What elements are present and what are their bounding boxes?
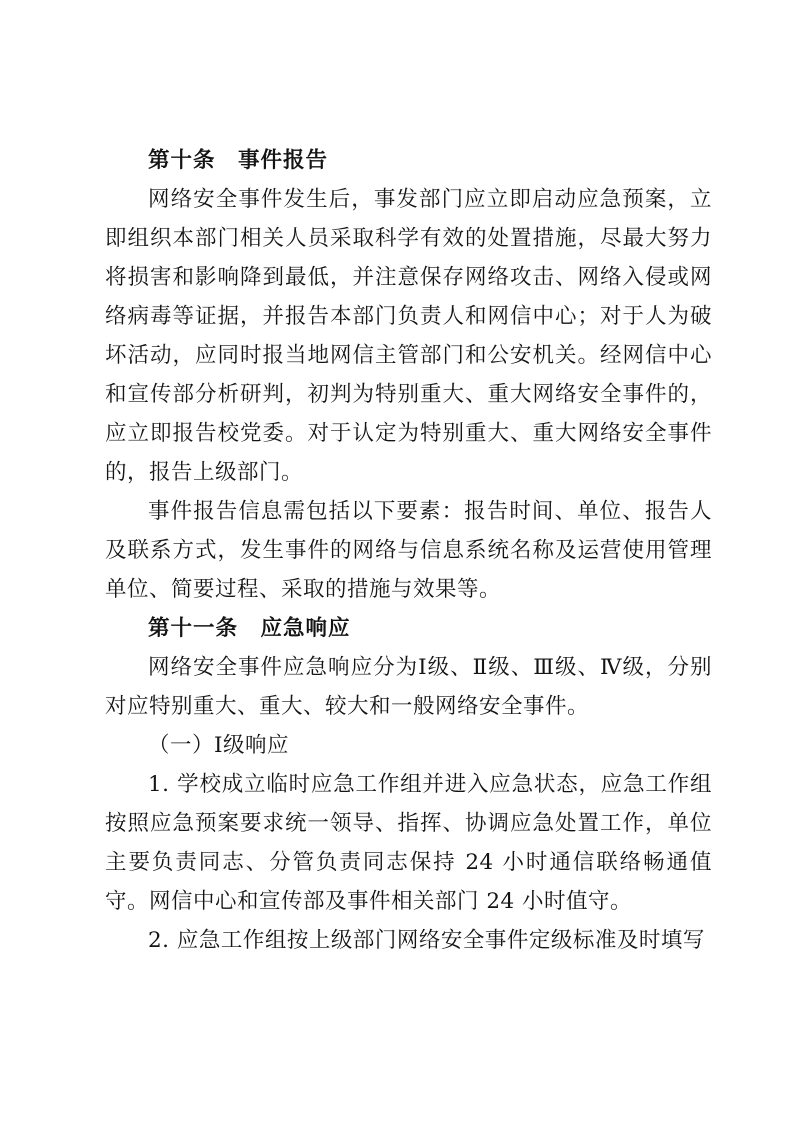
level-1-response-point-2: 2. 应急工作组按上级部门网络安全事件定级标准及时填写 [105, 921, 712, 960]
document-page: 第十条 事件报告 网络安全事件发生后，事发部门应立即启动应急预案，立即组织本部门… [0, 0, 793, 1122]
article-10-paragraph-2: 事件报告信息需包括以下要素：报告时间、单位、报告人及联系方式，发生事件的网络与信… [105, 492, 712, 609]
article-11-paragraph-1: 网络安全事件应急响应分为Ⅰ级、Ⅱ级、Ⅲ级、Ⅳ级，分别对应特别重大、重大、较大和一… [105, 648, 712, 726]
article-10-heading: 第十条 事件报告 [105, 141, 712, 180]
level-1-response-point-1: 1. 学校成立临时应急工作组并进入应急状态，应急工作组按照应急预案要求统一领导、… [105, 765, 712, 921]
article-10-paragraph-1: 网络安全事件发生后，事发部门应立即启动应急预案，立即组织本部门相关人员采取科学有… [105, 180, 712, 492]
document-text-body: 第十条 事件报告 网络安全事件发生后，事发部门应立即启动应急预案，立即组织本部门… [105, 141, 712, 960]
level-1-response-subheading: （一）Ⅰ级响应 [105, 726, 712, 765]
article-11-heading: 第十一条 应急响应 [105, 609, 712, 648]
